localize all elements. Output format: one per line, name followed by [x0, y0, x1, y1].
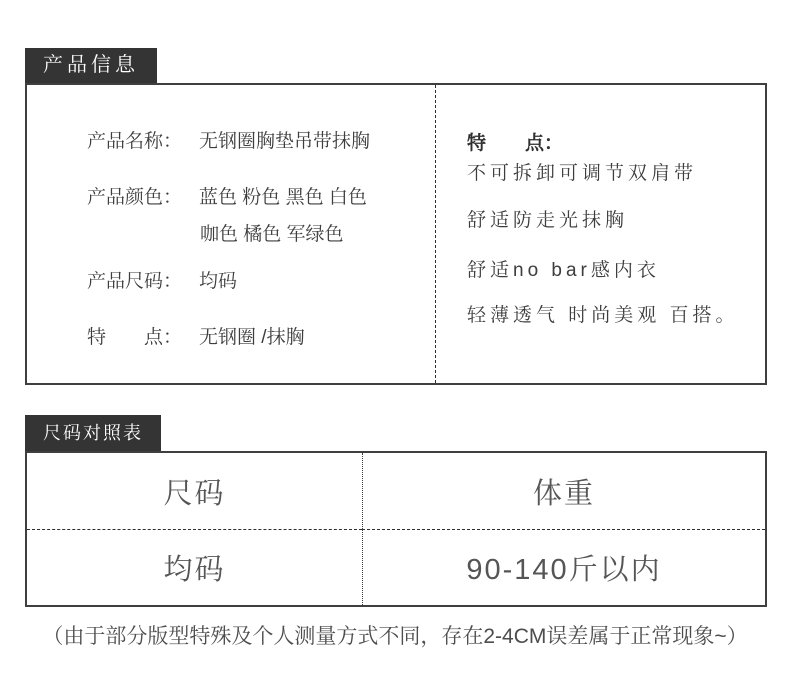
- field-value: 均码: [199, 271, 237, 292]
- product-detail-page: 产品信息 产品名称：无钢圈胸垫吊带抹胸 产品颜色：蓝色 粉色 黑色 白色 咖色 …: [0, 0, 790, 689]
- feature-line: 轻薄透气 时尚美观 百搭。: [467, 304, 739, 328]
- size-chart-cell-size: 均码: [27, 529, 362, 605]
- field-label: 特点: [87, 327, 163, 349]
- size-chart-table: 尺码 体重 均码 90-140斤以内: [25, 451, 767, 607]
- field-value: 无钢圈胸垫吊带抹胸: [199, 131, 370, 152]
- field-value: 咖色 橘色 军绿色: [200, 224, 344, 245]
- product-info-box: 产品名称：无钢圈胸垫吊带抹胸 产品颜色：蓝色 粉色 黑色 白色 咖色 橘色 军绿…: [25, 83, 767, 385]
- size-chart-header-size: 尺码: [27, 453, 362, 529]
- feature-line: 舒适防走光抹胸: [467, 209, 628, 233]
- features-title-colon: ：: [544, 128, 563, 155]
- field-product-feature: 特点：无钢圈 /抹胸: [87, 327, 305, 349]
- field-product-color-line2: 咖色 橘色 军绿色: [200, 224, 344, 246]
- field-product-size: 产品尺码：均码: [87, 271, 237, 293]
- field-colon: ：: [163, 271, 182, 293]
- feature-line: 舒适no bar感内衣: [467, 259, 660, 283]
- features-title-label: 特点: [467, 128, 544, 155]
- field-colon: ：: [163, 187, 182, 209]
- product-info-badge: 产品信息: [25, 48, 157, 83]
- field-product-name: 产品名称：无钢圈胸垫吊带抹胸: [87, 131, 370, 153]
- field-colon: ：: [163, 131, 182, 153]
- dashed-vertical-divider: [435, 85, 436, 383]
- features-title: 特点：: [467, 128, 580, 155]
- measurement-note: （由于部分版型特殊及个人测量方式不同，存在2-4CM误差属于正常现象~）: [0, 620, 790, 650]
- field-label: 产品尺码: [87, 271, 163, 293]
- field-value: 无钢圈 /抹胸: [199, 327, 305, 348]
- field-product-color: 产品颜色：蓝色 粉色 黑色 白色: [87, 187, 367, 209]
- field-label: 产品名称: [87, 131, 163, 153]
- field-label: 产品颜色: [87, 187, 163, 209]
- feature-line: 不可拆卸可调节双肩带: [467, 162, 697, 186]
- size-chart-cell-weight: 90-140斤以内: [362, 529, 765, 605]
- size-chart-badge: 尺码对照表: [25, 415, 161, 451]
- field-colon: ：: [163, 327, 182, 349]
- field-value: 蓝色 粉色 黑色 白色: [199, 187, 367, 208]
- size-chart-header-weight: 体重: [362, 453, 765, 529]
